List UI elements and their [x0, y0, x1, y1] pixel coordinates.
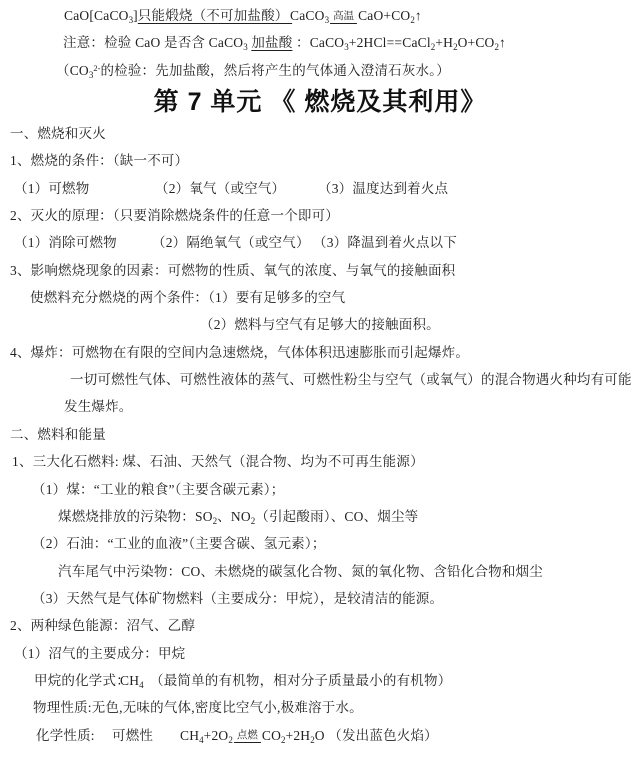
text-run: （2）燃料与空气有足够大的接触面积。	[200, 317, 440, 332]
underlined-text: 只能煅烧（不可加盐酸）	[138, 8, 292, 23]
text-run: （1）煤：“工业的粮食”（主要含碳元素）；	[32, 482, 284, 497]
text-run: 1、燃烧的条件：（缺一不可）	[10, 153, 188, 168]
text-run: （2）隔绝氧气（或空气）	[152, 229, 310, 256]
doc-line: （1）沼气的主要成分：甲烷	[0, 640, 640, 667]
doc-line: 4、爆炸：可燃物在有限的空间内急速燃烧，气体体积迅速膨胀而引起爆炸。	[0, 339, 640, 366]
doc-line: 2、灭火的原理：（只要消除燃烧条件的任意一个即可）	[0, 202, 640, 229]
unit-title: 第 7 单元 《 燃烧及其利用》	[0, 84, 640, 120]
text-run: 使燃料充分燃烧的两个条件：（1）要有足够多的空气	[30, 290, 345, 305]
text-run: 2、两种绿色能源：沼气、乙醇	[10, 618, 195, 633]
doc-line: 一、燃烧和灭火	[0, 120, 640, 147]
doc-line: 1、三大化石燃料: 煤、石油、天然气（混合物、均为不可再生能源）	[0, 448, 640, 475]
text-run: 注意：检验 CaO 是否含 CaCO3	[63, 35, 251, 50]
doc-line: （1）煤：“工业的粮食”（主要含碳元素）；	[0, 476, 640, 503]
underlined-text: 加盐酸	[251, 35, 292, 50]
text-run: （2）氧气（或空气）	[155, 175, 285, 202]
text-run: 化学性质:	[36, 722, 95, 749]
text-run: 煤燃烧排放的污染物：SO2、NO2（引起酸雨）、CO、烟尘等	[58, 509, 418, 524]
text-run: CaCO3高温CaO+CO2↑	[290, 2, 422, 29]
doc-line: 二、燃料和能量	[0, 421, 640, 448]
doc-line: 发生爆炸。	[0, 393, 640, 420]
header-lines: CaO[CaCO3]只能煅烧（不可加盐酸） CaCO3高温CaO+CO2↑注意：…	[0, 2, 640, 84]
text-run: （1）可燃物	[14, 175, 89, 202]
text-run: 发生爆炸。	[64, 399, 133, 414]
text-run: CH4	[120, 667, 144, 694]
doc-line: 使燃料充分燃烧的两个条件：（1）要有足够多的空气	[0, 284, 640, 311]
text-run: （2）石油：“工业的血液”（主要含碳、氢元素）；	[32, 536, 326, 551]
doc-line: （1）消除可燃物（2）隔绝氧气（或空气）（3）降温到着火点以下	[0, 229, 640, 256]
text-run: CH4+2O2点燃CO2+2H2O （发出蓝色火焰）	[180, 722, 438, 749]
doc-line: （1）可燃物（2）氧气（或空气）（3）温度达到着火点	[0, 175, 640, 202]
doc-line: 3、影响燃烧现象的因素：可燃物的性质、氧气的浓度、与氧气的接触面积	[0, 257, 640, 284]
text-run: ：CaCO3+2HCl==CaCl2+H2O+CO2↑	[292, 35, 506, 50]
text-run: 2、灭火的原理：（只要消除燃烧条件的任意一个即可）	[10, 208, 339, 223]
text-run: （3）温度达到着火点	[318, 175, 448, 202]
doc-line: 煤燃烧排放的污染物：SO2、NO2（引起酸雨）、CO、烟尘等	[0, 503, 640, 530]
text-run: （3）天然气是气体矿物燃料（主要成分：甲烷），是较清洁的能源。	[32, 591, 443, 606]
doc-line: 物理性质:无色,无味的气体,密度比空气小,极难溶于水。	[0, 694, 640, 721]
doc-line: CaO[CaCO3]只能煅烧（不可加盐酸） CaCO3高温CaO+CO2↑	[0, 2, 640, 29]
document-body: 一、燃烧和灭火1、燃烧的条件：（缺一不可）（1）可燃物（2）氧气（或空气）（3）…	[0, 120, 640, 749]
doc-line: 1、燃烧的条件：（缺一不可）	[0, 147, 640, 174]
doc-line: 化学性质:可燃性CH4+2O2点燃CO2+2H2O （发出蓝色火焰）	[0, 722, 640, 749]
doc-line: 一切可燃性气体、可燃性液体的蒸气、可燃性粉尘与空气（或氧气）的混合物遇火种均有可…	[0, 366, 640, 393]
text-run: 二、燃料和能量	[10, 427, 106, 442]
text-run: （CO32-的检验：先加盐酸，然后将产生的气体通入澄清石灰水。）	[56, 63, 450, 78]
doc-line: （2）燃料与空气有足够大的接触面积。	[0, 311, 640, 338]
reaction-condition: 高温	[330, 11, 357, 24]
text-run: 汽车尾气中污染物：CO、未燃烧的碳氢化合物、氮的氧化物、含铅化合物和烟尘	[58, 564, 543, 579]
text-run: 一切可燃性气体、可燃性液体的蒸气、可燃性粉尘与空气（或氧气）的混合物遇火种均有可…	[70, 372, 632, 387]
text-run: （最简单的有机物，相对分子质量最小的有机物）	[150, 667, 451, 694]
doc-line: （3）天然气是气体矿物燃料（主要成分：甲烷），是较清洁的能源。	[0, 585, 640, 612]
document-page: CaO[CaCO3]只能煅烧（不可加盐酸） CaCO3高温CaO+CO2↑注意：…	[0, 0, 640, 759]
text-run: 可燃性	[112, 722, 153, 749]
doc-line: 汽车尾气中污染物：CO、未燃烧的碳氢化合物、氮的氧化物、含铅化合物和烟尘	[0, 558, 640, 585]
doc-line: 注意：检验 CaO 是否含 CaCO3 加盐酸 ：CaCO3+2HCl==CaC…	[0, 29, 640, 56]
text-run: CaO[CaCO3]	[64, 8, 138, 23]
reaction-condition: 点燃	[234, 730, 261, 743]
text-run: （1）沼气的主要成分：甲烷	[14, 646, 185, 661]
text-run: 甲烷的化学式：	[34, 667, 130, 694]
doc-line: 2、两种绿色能源：沼气、乙醇	[0, 612, 640, 639]
text-run: 1、三大化石燃料: 煤、石油、天然气（混合物、均为不可再生能源）	[12, 454, 424, 469]
doc-line: 甲烷的化学式：CH4（最简单的有机物，相对分子质量最小的有机物）	[0, 667, 640, 694]
text-run: （3）降温到着火点以下	[313, 229, 457, 256]
text-run: 一、燃烧和灭火	[10, 126, 106, 141]
doc-line: （CO32-的检验：先加盐酸，然后将产生的气体通入澄清石灰水。）	[0, 57, 640, 84]
text-run: 3、影响燃烧现象的因素：可燃物的性质、氧气的浓度、与氧气的接触面积	[10, 263, 455, 278]
doc-line: （2）石油：“工业的血液”（主要含碳、氢元素）；	[0, 530, 640, 557]
text-run: （1）消除可燃物	[14, 229, 117, 256]
text-run: 物理性质:无色,无味的气体,密度比空气小,极难溶于水。	[33, 700, 363, 715]
text-run: 4、爆炸：可燃物在有限的空间内急速燃烧，气体体积迅速膨胀而引起爆炸。	[10, 345, 469, 360]
